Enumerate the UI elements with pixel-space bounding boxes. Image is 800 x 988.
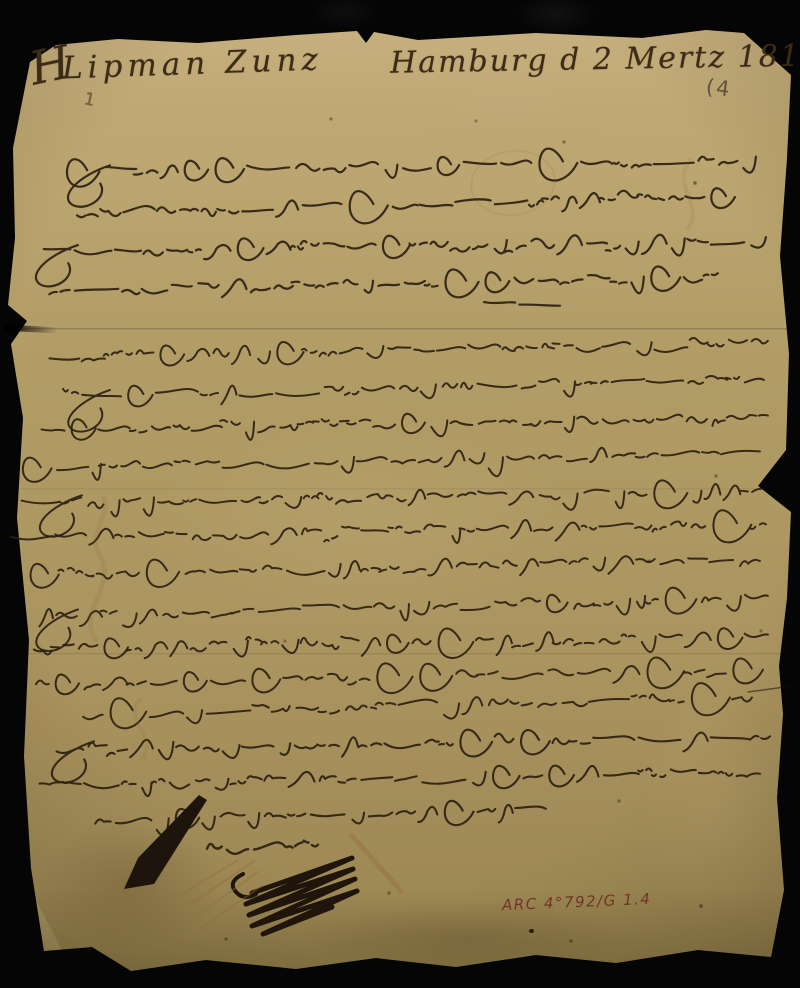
handwritten-line-8: [41, 407, 768, 444]
handwritten-line-15: [36, 655, 764, 701]
handwritten-line-16: [83, 682, 753, 730]
handwritten-line-12: [30, 546, 760, 590]
handwritten-line-17: [51, 726, 770, 783]
place-date-line: Hamburg d 2 Mertz 1817: [390, 38, 800, 81]
handwritten-line-7: [63, 369, 765, 432]
signature-curl: [233, 874, 256, 897]
faint-diagonal-smudge: [352, 836, 401, 891]
handwritten-line-18: [39, 761, 760, 798]
paper-blemish: [90, 498, 105, 640]
paper-blemish: [748, 686, 792, 692]
handwritten-line-13: [35, 585, 769, 651]
handwritten-line-2: [77, 182, 736, 230]
signature-zigzag-flourish: [246, 858, 357, 934]
handwritten-line-6: [49, 332, 768, 369]
handwritten-line-19: [95, 799, 546, 837]
handwritten-line-4: [49, 264, 718, 307]
pencil-folio-mark: (4: [705, 75, 733, 102]
handwritten-line-3: [35, 230, 766, 287]
handwritten-line-20: [207, 840, 318, 854]
handwritten-line-9: [23, 440, 761, 488]
handwritten-line-5: [484, 301, 560, 307]
paper-blemish: [684, 160, 693, 228]
ink-dot: [529, 929, 534, 933]
handwritten-body-yiddish-cursive: [0, 0, 800, 988]
manuscript-scan: H Lipman Zunz Hamburg d 2 Mertz 1817 1 (…: [0, 0, 800, 988]
thick-ink-stroke: [124, 795, 207, 889]
handwritten-line-11: [10, 510, 766, 556]
